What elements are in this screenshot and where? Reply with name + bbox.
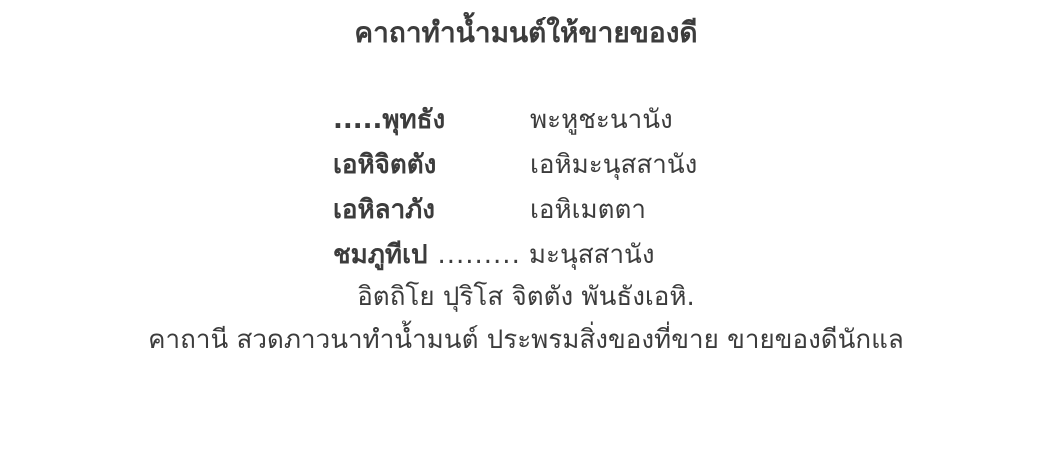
verse-row: เอหิลาภัง เอหิเมตตา xyxy=(333,188,697,233)
verse-row: เอหิจิตตัง เอหิมะนุสสานัง xyxy=(333,143,697,188)
page-title: คาถาทำน้ำมนต์ให้ขายของดี xyxy=(0,14,1052,52)
document-page: คาถาทำน้ำมนต์ให้ขายของดี .....พุทธัง พะห… xyxy=(0,0,1052,455)
closing-pali-line: อิตถิโย ปุริโส จิตตัง พันธังเอหิ. xyxy=(0,276,1052,318)
verse-row: ชมภูทีเป ......... มะนุสสานัง xyxy=(333,233,697,278)
verse-lead-word: เอหิลาภัง xyxy=(333,188,530,233)
verse-continuation: พะหูชะนานัง xyxy=(530,98,673,143)
verse-block: .....พุทธัง พะหูชะนานัง เอหิจิตตัง เอหิม… xyxy=(333,98,697,278)
verse-continuation: มะนุสสานัง xyxy=(529,233,655,278)
verse-continuation: เอหิเมตตา xyxy=(530,188,646,233)
verse-continuation: เอหิมะนุสสานัง xyxy=(530,143,697,188)
ellipsis-dots: ......... xyxy=(427,233,528,278)
verse-row: .....พุทธัง พะหูชะนานัง xyxy=(333,98,697,143)
usage-instruction-line: คาถานี สวดภาวนาทำน้ำมนต์ ประพรมสิ่งของที… xyxy=(0,318,1052,362)
verse-lead-word: .....พุทธัง xyxy=(333,98,530,143)
verse-lead-word: เอหิจิตตัง xyxy=(333,143,530,188)
verse-lead-word: ชมภูทีเป xyxy=(333,233,427,278)
